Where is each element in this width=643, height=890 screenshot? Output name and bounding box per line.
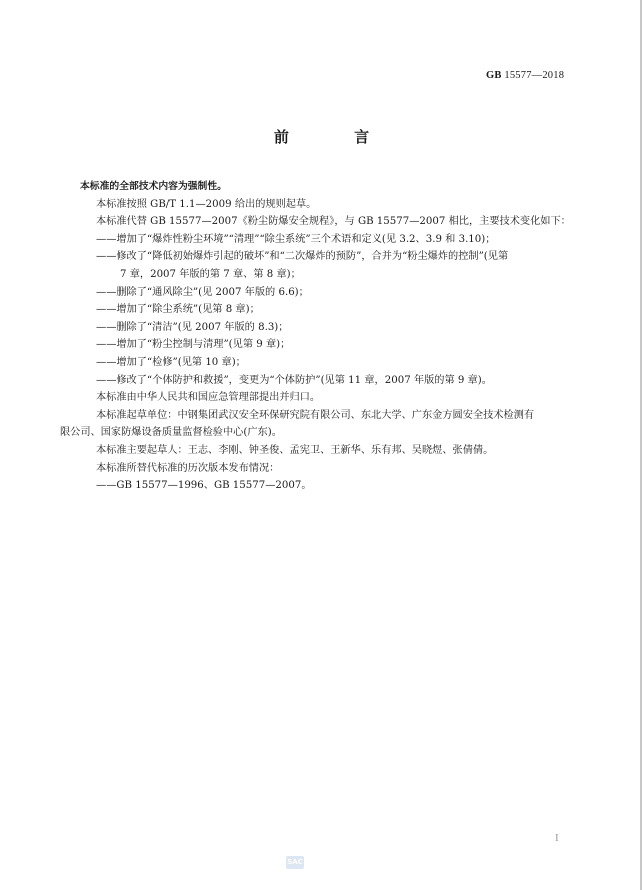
paragraph: 本标准的全部技术内容为强制性。 xyxy=(80,178,576,196)
paragraph: 本标准由中华人民共和国应急管理部提出并归口。 xyxy=(80,389,576,407)
paragraph: 本标准所替代标准的历次版本发布情况： xyxy=(80,460,576,478)
standard-code: 15577—2018 xyxy=(504,70,564,81)
change-item: ——增加了“检修”(见第 10 章)； xyxy=(80,354,576,372)
paragraph: 本标准按照 GB/T 1.1—2009 给出的规则起草。 xyxy=(80,196,576,214)
change-item: ——增加了“爆炸性粉尘环境”“清理”“除尘系统”三个术语和定义(见 3.2、3.… xyxy=(80,231,576,249)
sac-logo-icon: SAC xyxy=(286,856,304,869)
paragraph: 本标准代替 GB 15577—2007《粉尘防爆安全规程》，与 GB 15577… xyxy=(80,213,576,231)
page-number: I xyxy=(555,832,559,844)
paragraph: 本标准主要起草人：王志、李刚、钟圣俊、孟宪卫、王新华、乐有邦、吴晓煜、张倩倩。 xyxy=(80,442,576,460)
page-title: 前 言 xyxy=(0,126,643,147)
change-item: ——增加了“粉尘控制与清理”(见第 9 章)； xyxy=(80,336,576,354)
change-item-continuation: 7 章，2007 年版的第 7 章、第 8 章)； xyxy=(80,266,576,284)
paragraph: 本标准起草单位：中钢集团武汉安全环保研究院有限公司、东北大学、广东金方圆安全技术… xyxy=(80,407,576,425)
standard-number: GB 15577—2018 xyxy=(486,70,564,81)
paragraph-continuation: 限公司、国家防爆设备质量监督检验中心(广东)。 xyxy=(60,424,576,442)
change-item: ——增加了“除尘系统”(见第 8 章)； xyxy=(80,301,576,319)
change-item: ——删除了“通风除尘”(见 2007 年版的 6.6)； xyxy=(80,284,576,302)
change-item: ——修改了“个体防护和救援”，变更为“个体防护”(见第 11 章，2007 年版… xyxy=(80,372,576,390)
standard-prefix: GB xyxy=(486,70,502,81)
change-item: ——修改了“降低初始爆炸引起的破坏”和“二次爆炸的预防”，合并为“粉尘爆炸的控制… xyxy=(80,248,576,266)
change-item: ——删除了“清洁”(见 2007 年版的 8.3)； xyxy=(80,319,576,337)
change-item: ——GB 15577—1996、GB 15577—2007。 xyxy=(80,477,576,495)
foreword-body: 本标准的全部技术内容为强制性。 本标准按照 GB/T 1.1—2009 给出的规… xyxy=(80,178,576,495)
